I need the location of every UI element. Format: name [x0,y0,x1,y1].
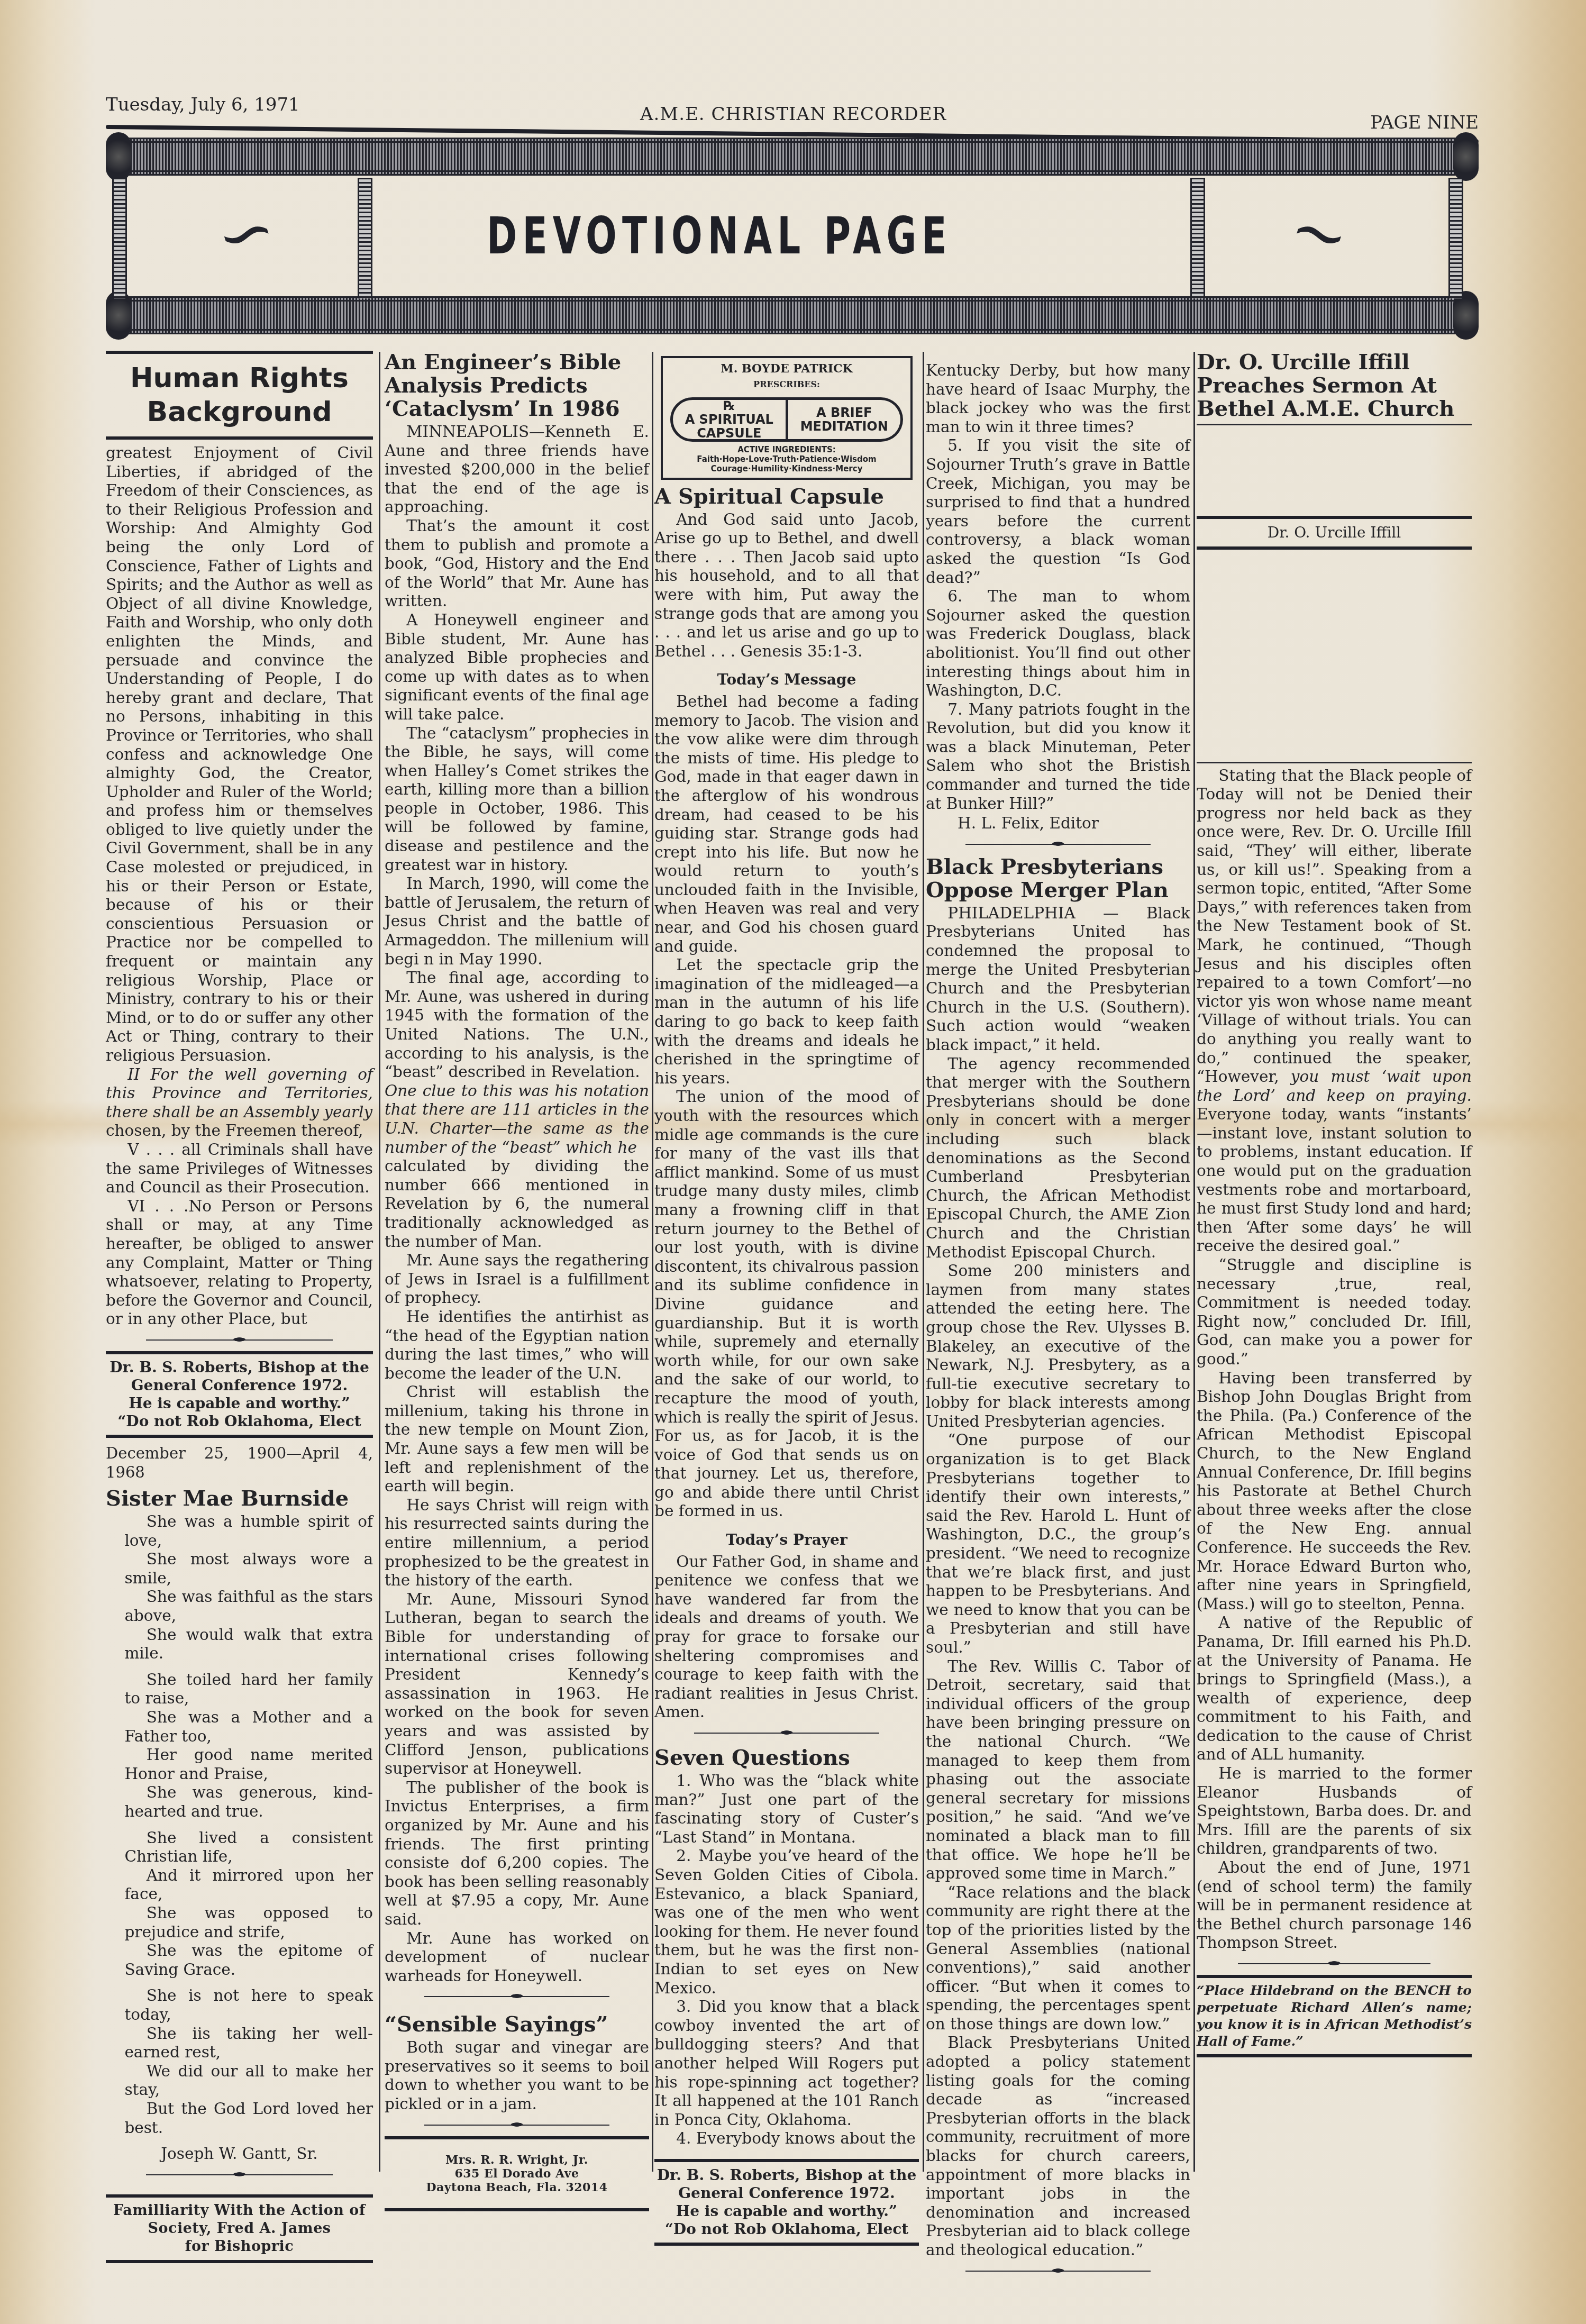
paragraph: Black Presbyterians United adopted a pol… [926,2034,1190,2259]
obituary-dates: December 25, 1900—April 4, 1968 [106,1444,373,1482]
question-item: 2. Maybe you’ve heard of the Seven Golde… [654,1847,919,1998]
ad-line: Dr. B. S. Roberts, Bishop at the [106,1359,373,1377]
headline-line: Human Rights [106,361,373,395]
banner-border-top [127,138,1457,176]
paragraph: The “cataclysm” prophecies in the Bible,… [385,724,649,875]
paragraph: Mr. Aune says the regathering of Jews in… [385,1251,649,1308]
seven-questions-title: Seven Questions [654,1746,919,1770]
headline-line: Preaches Sermon At [1197,374,1472,397]
column-5: Dr. O. Urcille Iffill Preaches Sermon At… [1197,347,1472,2062]
article-headline-engineer: An Engineer’s Bible Analysis Predicts ‘C… [385,351,649,421]
poem-line: But the God Lord loved her best. [106,2100,373,2137]
poem-stanza: She lived a consistent Christian life,An… [106,1829,373,1980]
headline-line: An Engineer’s Bible [385,351,649,374]
paragraph: PHILADELPHIA — Black Presbyterians Unite… [926,904,1190,1055]
article-body: V . . . all Criminals shall have the sam… [106,1141,373,1197]
seven-questions-list: 1. Who was the “black white man?” Just o… [654,1772,919,2148]
poem-line: She toiled hard her family to raise, [106,1671,373,1708]
section-title: DEVOTIONAL PAGE [487,206,952,266]
article-body-italic: II For the well governing of this Provin… [106,1065,373,1122]
ad-line: He is capable and worthy.” [106,1395,373,1412]
paragraph: The union of the mood of youth with the … [654,1088,919,1521]
paragraph: “Race relations and the black community … [926,1883,1190,2034]
paragraph: Let the spectacle grip the imagination o… [654,956,919,1088]
rule [106,436,373,440]
flourish-divider-icon [1238,1958,1430,1970]
paragraph: calculated by dividing the number 666 me… [385,1157,649,1251]
rule [106,1351,373,1354]
ad-line: “Do not Rob Oklahoma, Elect [106,1412,373,1430]
todays-message-heading: Today’s Message [654,670,919,689]
headline-line: Oppose Merger Plan [926,879,1190,902]
logo-prescribes: PRESCRIBES: [668,375,905,394]
rule [385,2136,649,2139]
flourish-divider-icon [146,2169,333,2181]
poem-stanza: She toiled hard her family to raise,She … [106,1671,373,1821]
poem-line: She was the epitome of Saving Grace. [106,1942,373,1979]
rule [1197,424,1472,425]
capsule-label: MEDITATION [788,420,901,433]
address-line: Mrs. R. R. Wright, Jr. [385,2153,649,2167]
headline-line: Black Presbyterians [926,855,1190,879]
column-1: Human Rights Background greatest Enjoyme… [106,347,373,2267]
wright-address: Mrs. R. R. Wright, Jr. 635 El Dorado Ave… [385,2144,649,2204]
article-body: chosen, by the Freemen thereof, [106,1122,373,1141]
poem-line: We did our all to make her stay, [106,2062,373,2100]
column-rule [1193,352,1195,2172]
poem-author: Joseph W. Gantt, Sr. [106,2145,373,2164]
paragraph: “One purpose of our organization is to g… [926,1431,1190,1657]
question-item: 5. If you visit the site of Sojourner Tr… [926,436,1190,587]
flourish-divider-icon [694,1727,879,1739]
column-rule [379,352,380,2172]
column-3: M. BOYDE PATRICK PRESCRIBES: ℞ A SPIRITU… [654,347,919,2250]
corner-knot-icon [106,132,131,181]
question-item: 1. Who was the “black white man?” Just o… [654,1772,919,1847]
rule [1197,762,1472,763]
column-rule [652,352,653,2172]
paragraph: A Honeywell engineer and Bible student, … [385,611,649,724]
ad-line: Dr. B. S. Roberts, Bishop at the [654,2166,919,2184]
poem-line: She was a humble spirit of love, [106,1512,373,1550]
todays-prayer-heading: Today’s Prayer [654,1530,919,1550]
capsule-label: CAPSULE [673,426,786,440]
rule [106,351,373,354]
sensible-sayings-title: “Sensible Sayings” [385,2013,649,2036]
photo-caption: Dr. O. Urcille Iffill [1197,516,1472,550]
article-body: “Struggle and discipline is necessary ,t… [1197,1256,1472,1953]
capsule-left: ℞ A SPIRITUAL CAPSULE [670,397,788,442]
question-item: 6. The man to whom Sojourner asked the q… [926,587,1190,700]
question-item: Kentucky Derby, but how many have heard … [926,361,1190,436]
ad-line: Society, Fred A. James [106,2220,373,2238]
flourish-divider-icon [424,1991,609,2002]
poem: She was a humble spirit of love,She most… [106,1512,373,2137]
corner-knot-icon [1453,132,1479,181]
ad-line: General Conference 1972. [654,2184,919,2202]
ad-line: “Do not Rob Oklahoma, Elect [654,2220,919,2238]
page-number: PAGE NINE [1370,112,1479,133]
scroll-ornament-icon: ∽ [1282,191,1358,274]
capsule-label: A SPIRITUAL [673,413,786,426]
flourish-divider-icon [965,839,1151,850]
article-body: Stating that the Black people of Today w… [1197,767,1472,1256]
photo-area [1197,429,1472,516]
question-item: 4. Everybody knows about the [654,2129,919,2148]
column-rule [923,352,924,2172]
roberts-ad: Dr. B. S. Roberts, Bishop at the General… [106,1359,373,1430]
paragraph: In March, 1990, will come the battle of … [385,874,649,969]
ad-line: He is capable and worthy.” [654,2202,919,2220]
poem-line: She was faithful as the stars above, [106,1588,373,1625]
address-line: 635 El Dorado Ave [385,2167,649,2181]
article-headline-presbyterians: Black Presbyterians Oppose Merger Plan [926,855,1190,902]
rule [385,2208,649,2211]
spiritual-capsule-logo: M. BOYDE PATRICK PRESCRIBES: ℞ A SPIRITU… [661,356,913,480]
flourish-divider-icon [965,2265,1151,2277]
scripture: And God said unto Jacob, Arise go up to … [654,511,919,661]
article-body-italic: One clue to this was his notation that t… [385,1082,649,1157]
paragraph: He is married to the former Eleanor Husb… [1197,1764,1472,1858]
headline-line: Background [106,395,373,429]
devotional-banner: ∽ ∽ DEVOTIONAL PAGE [106,138,1479,336]
issue-date: Tuesday, July 6, 1971 [106,94,300,115]
paragraph: The publisher of the book is Invictus En… [385,1779,649,1929]
headline-line: Analysis Predicts [385,374,649,397]
roberts-ad: Dr. B. S. Roberts, Bishop at the General… [654,2166,919,2238]
poem-line: She was generous, kind-hearted and true. [106,1783,373,1821]
article-headline-iffill: Dr. O. Urcille Iffill Preaches Sermon At… [1197,351,1472,421]
paragraph: “Struggle and discipline is necessary ,t… [1197,1256,1472,1369]
paragraph: Mr. Aune, Missouri Synod Lutheran, began… [385,1590,649,1779]
paragraph: The final age, according to Mr. Aune, wa… [385,969,649,1082]
poem-line: And it mirrored upon her face, [106,1866,373,1904]
obituary-title: Sister Mae Burnside [106,1487,373,1510]
rule [1197,1975,1472,1978]
banner-post [1190,178,1205,298]
poem-line: She would walk that extra mile. [106,1626,373,1663]
flourish-divider-icon [424,2119,609,2131]
banner-post [1448,178,1463,298]
article-body: calculated by dividing the number 666 me… [385,1157,649,1985]
headline-line: ‘Cataclysm’ In 1986 [385,397,649,421]
headline-line: Dr. O. Urcille Iffill [1197,351,1472,374]
seven-questions-continued: Kentucky Derby, but how many have heard … [926,361,1190,813]
page-edge-shading [1507,0,1586,2324]
hildebrand-ad: “Place Hildebrand on the BENCH to perpet… [1197,1982,1472,2050]
paragraph: Having been transferred by Bishop John D… [1197,1369,1472,1614]
question-item: 7. Many patriots fought in the Revolutio… [926,700,1190,814]
paragraph: MINNEAPOLIS—Kenneth E. Aune and three fr… [385,423,649,517]
logo-author: M. BOYDE PATRICK [668,362,905,375]
poem-stanza: She was a humble spirit of love,She most… [106,1512,373,1663]
paragraph: Bethel had become a fading memory to Jac… [654,692,919,956]
poem-line: Her good name merited Honor and Praise, [106,1746,373,1783]
banner-border-bottom [127,296,1457,334]
poem-stanza: She is not here to speak today,She iis t… [106,1986,373,2137]
flourish-divider-icon [146,1334,333,1346]
column-4: Kentucky Derby, but how many have heard … [926,347,1190,2282]
page-header: Tuesday, July 6, 1971 A.M.E. CHRISTIAN R… [106,90,1479,122]
rule [1197,2054,1472,2057]
ad-line: for Bishopric [106,2238,373,2256]
article-body: VI . . .No Person or Persons shall or ma… [106,1197,373,1329]
rx-icon: ℞ [673,399,786,413]
article-body: greatest Enjoyment of Civil Liberties, i… [106,444,373,1065]
ingredients-title: ACTIVE INGREDIENTS: [668,445,905,454]
capsule-label: A BRIEF [788,406,901,420]
todays-message: Bethel had become a fading memory to Jac… [654,692,919,1521]
capsule-right: A BRIEF MEDITATION [788,397,904,442]
column-2: An Engineer’s Bible Analysis Predicts ‘C… [385,347,649,2216]
banner-post [358,178,372,298]
rule [106,2260,373,2263]
poem-line: She lived a consistent Christian life, [106,1829,373,1866]
todays-prayer: Our Father God, in shame and penitence w… [654,1553,919,1722]
address-line: Daytona Beach, Fla. 32014 [385,2181,649,2194]
ingredients-list: Courage·Humility·Kindness·Mercy [668,464,905,473]
masthead: A.M.E. CHRISTIAN RECORDER [640,104,946,125]
ad-line: Familliarity With the Action of [106,2202,373,2220]
rule [106,1435,373,1438]
poem-line: She iis taking her well-earned rest, [106,2025,373,2062]
photo-area [1197,550,1472,759]
editor-credit: H. L. Felix, Editor [926,814,1190,833]
article-body: MINNEAPOLIS—Kenneth E. Aune and three fr… [385,423,649,1082]
rule [654,2243,919,2246]
poem-line: She most always wore a smile, [106,1550,373,1588]
paragraph: Mr. Aune has worked on development of nu… [385,1929,649,1986]
paragraph: That’s the amount it cost them to publis… [385,517,649,611]
paragraph: The agency recommended that merger with … [926,1055,1190,1262]
poem-line: She was opposed to prejudice and strife, [106,1904,373,1942]
paragraph: Christ will establish the millenium, tak… [385,1383,649,1496]
sensible-sayings-text: Both sugar and vinegar are preservatives… [385,2038,649,2113]
question-item: 3. Did you know that a black cowboy inve… [654,1998,919,2129]
poem-line: She was a Mother and a Father too, [106,1708,373,1746]
rule [654,2159,919,2162]
body-text: Everyone today, wants “instants’ —instan… [1197,1105,1472,1255]
paragraph: A native of the Republic of Panama, Dr. … [1197,1614,1472,1764]
james-ad: Familliarity With the Action of Society,… [106,2202,373,2256]
capsule-icon: ℞ A SPIRITUAL CAPSULE A BRIEF MEDITATION [670,397,903,442]
paragraph: The Rev. Willis C. Tabor of Detroit, sec… [926,1657,1190,1883]
rule [106,2194,373,2198]
article-body: PHILADELPHIA — Black Presbyterians Unite… [926,904,1190,2260]
spiritual-capsule-title: A Spiritual Capsule [654,485,919,508]
body-text: Stating that the Black people of Today w… [1197,767,1472,1086]
paragraph: About the end of June, 1971 (end of scho… [1197,1858,1472,1953]
headline-line: Bethel A.M.E. Church [1197,397,1472,421]
scroll-ornament-icon: ∽ [208,191,284,274]
ad-line: General Conference 1972. [106,1377,373,1395]
article-headline-human-rights: Human Rights Background [106,361,373,429]
paragraph: He says Christ will reign with his resur… [385,1496,649,1590]
banner-post [112,178,127,298]
paragraph: Some 200 ministers and laymen from many … [926,1262,1190,1431]
paragraph: He identifies the antirhist as “the head… [385,1308,649,1383]
poem-line: She is not here to speak today, [106,1986,373,2024]
ingredients-list: Faith·Hope·Love·Truth·Patience·Wisdom [668,454,905,464]
